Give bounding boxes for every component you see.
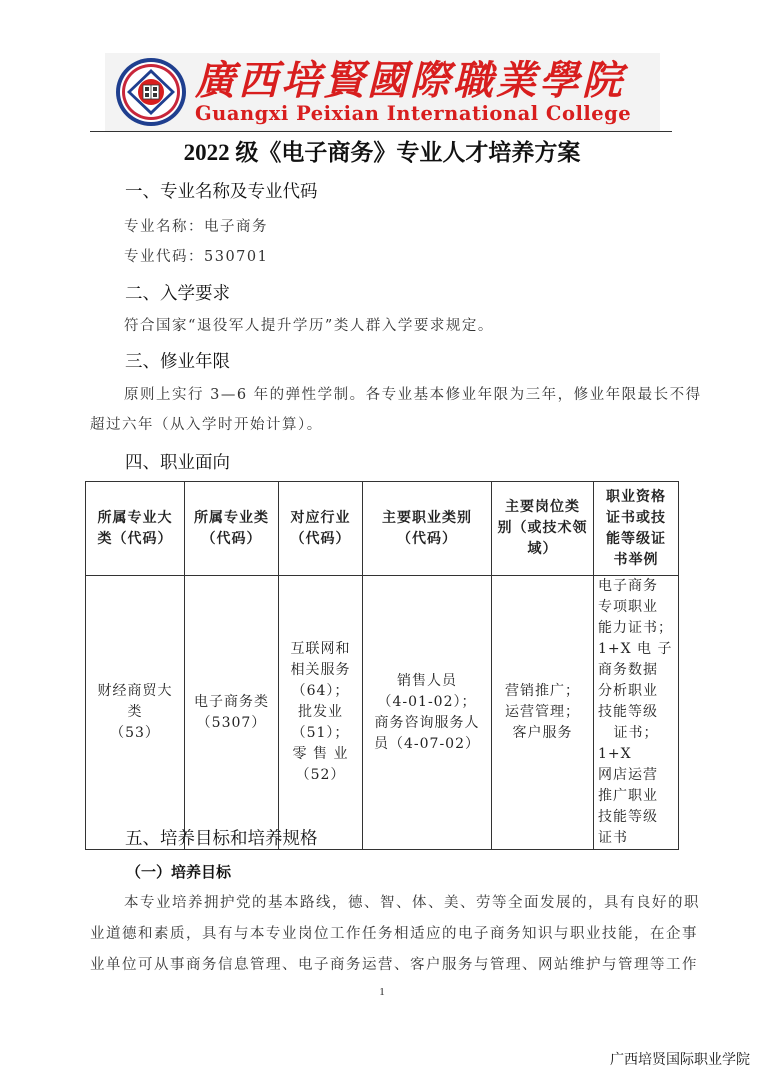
table-header-row: 所属专业大 类（代码） 所属专业类 （代码） 对应行业 （代码） 主要职业类别 … xyxy=(86,482,679,576)
cell-major-category: 财经商贸大 类 （53） xyxy=(86,576,185,850)
school-banner: 廣西培賢國際職業學院 Guangxi Peixian International… xyxy=(105,53,660,131)
header-occupation: 主要职业类别 （代码） xyxy=(363,482,492,576)
major-code-line: 专业代码：530701 xyxy=(124,247,268,267)
career-orientation-table: 所属专业大 类（代码） 所属专业类 （代码） 对应行业 （代码） 主要职业类别 … xyxy=(85,481,679,850)
section-heading-study-period: 三、修业年限 xyxy=(125,351,230,373)
header-major-class: 所属专业类 （代码） xyxy=(185,482,279,576)
school-logo-icon xyxy=(115,56,187,128)
page-number: 1 xyxy=(0,986,764,998)
training-goal-line-2: 业道德和素质，具有与本专业岗位工作任务相适应的电子商务知识与职业技能，在企事 xyxy=(90,924,698,944)
section-heading-training-objectives: 五、培养目标和培养规格 xyxy=(125,828,318,850)
study-period-line-2: 超过六年（从入学时开始计算）。 xyxy=(90,415,323,435)
major-name-line: 专业名称：电子商务 xyxy=(124,217,268,237)
header-certificates: 职业资格 证书或技 能等级证 书举例 xyxy=(594,482,679,576)
school-name-cn: 廣西培賢國際職業學院 xyxy=(195,59,631,103)
footer-school-name: 广西培贤国际职业学院 xyxy=(610,1049,750,1069)
section-heading-admission: 二、入学要求 xyxy=(125,283,230,305)
cell-industry: 互联网和 相关服务 （64）； 批发业 （51）； 零 售 业 （52） xyxy=(279,576,363,850)
subsection-heading-training-goal: （一）培养目标 xyxy=(126,862,231,882)
training-goal-line-3: 业单位可从事商务信息管理、电子商务运营、客户服务与管理、网站维护与管理等工作 xyxy=(90,955,698,975)
cell-position: 营销推广； 运营管理； 客户服务 xyxy=(492,576,594,850)
cell-occupation: 销售人员 （4-01-02）； 商务咨询服务人 员（4-07-02） xyxy=(363,576,492,850)
header-position: 主要岗位类 别（或技术领 域） xyxy=(492,482,594,576)
section-heading-career-orientation: 四、职业面向 xyxy=(125,452,230,474)
cell-major-class: 电子商务类 （5307） xyxy=(185,576,279,850)
header-industry: 对应行业 （代码） xyxy=(279,482,363,576)
school-name-en: Guangxi Peixian International College xyxy=(195,103,631,125)
cell-certificates: 电子商务 专项职业 能力证书； 1+X 电 子 商务数据 分析职业 技能等级 证… xyxy=(594,576,679,850)
section-heading-major-name-code: 一、专业名称及专业代码 xyxy=(125,181,318,203)
table-row: 财经商贸大 类 （53） 电子商务类 （5307） 互联网和 相关服务 （64）… xyxy=(86,576,679,850)
admission-requirement: 符合国家“退役军人提升学历”类人群入学要求规定。 xyxy=(124,316,494,336)
document-title: 2022 级《电子商务》专业人才培养方案 xyxy=(0,138,764,168)
header-major-category: 所属专业大 类（代码） xyxy=(86,482,185,576)
header-divider xyxy=(90,131,672,132)
document-page: 廣西培賢國際職業學院 Guangxi Peixian International… xyxy=(0,0,764,1080)
training-goal-line-1: 本专业培养拥护党的基本路线，德、智、体、美、劳等全面发展的，具有良好的职 xyxy=(124,893,700,913)
study-period-line-1: 原则上实行 3—6 年的弹性学制。各专业基本修业年限为三年，修业年限最长不得 xyxy=(124,385,702,405)
